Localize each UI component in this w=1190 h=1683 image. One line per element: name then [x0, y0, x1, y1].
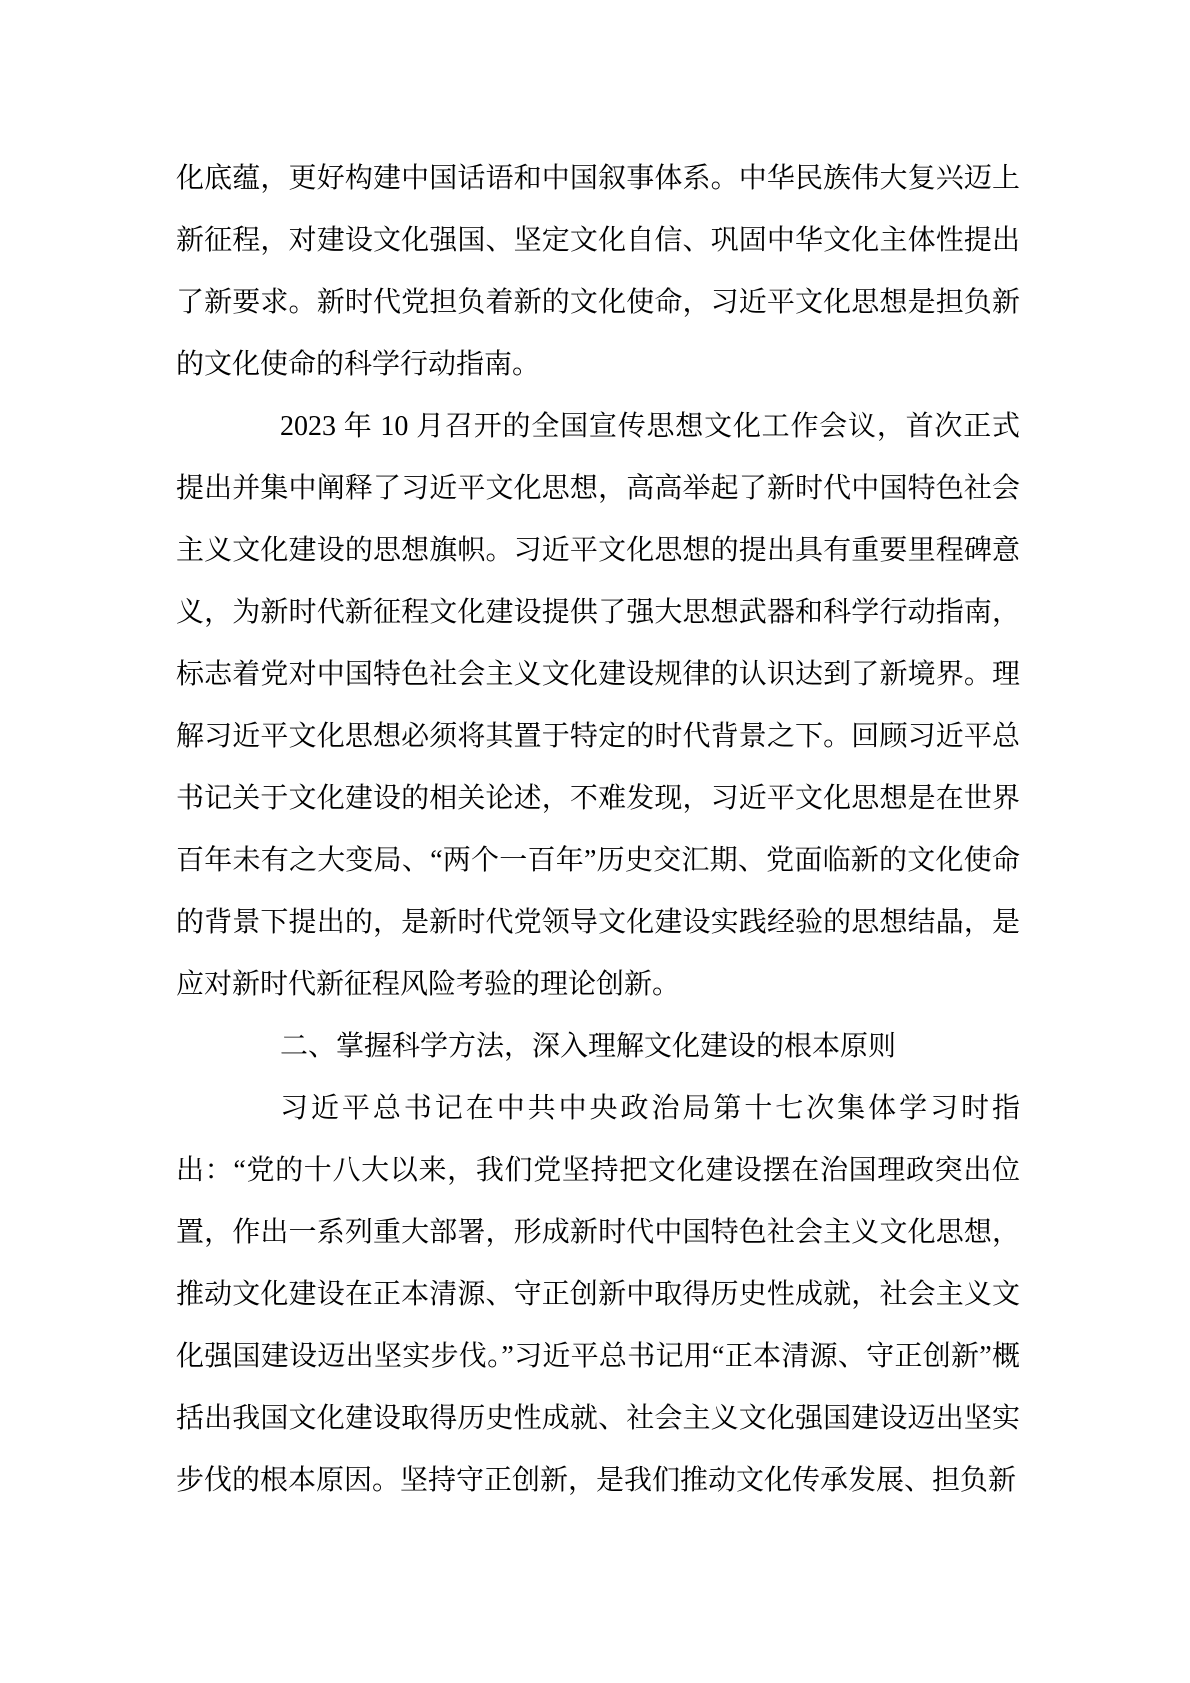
paragraph-body: 2023 年 10 月召开的全国宣传思想文化工作会议，首次正式提出并集中阐释了习…	[176, 396, 1020, 1016]
paragraph-body: 习近平总书记在中共中央政治局第十七次集体学习时指出：“党的十八大以来，我们党坚持…	[176, 1078, 1020, 1512]
paragraph-continuation: 化底蕴，更好构建中国话语和中国叙事体系。中华民族伟大复兴迈上新征程，对建设文化强…	[176, 148, 1020, 396]
document-page: 化底蕴，更好构建中国话语和中国叙事体系。中华民族伟大复兴迈上新征程，对建设文化强…	[0, 0, 1190, 1683]
document-text-body: 化底蕴，更好构建中国话语和中国叙事体系。中华民族伟大复兴迈上新征程，对建设文化强…	[176, 148, 1020, 1512]
section-heading: 二、掌握科学方法，深入理解文化建设的根本原则	[176, 1016, 1020, 1078]
